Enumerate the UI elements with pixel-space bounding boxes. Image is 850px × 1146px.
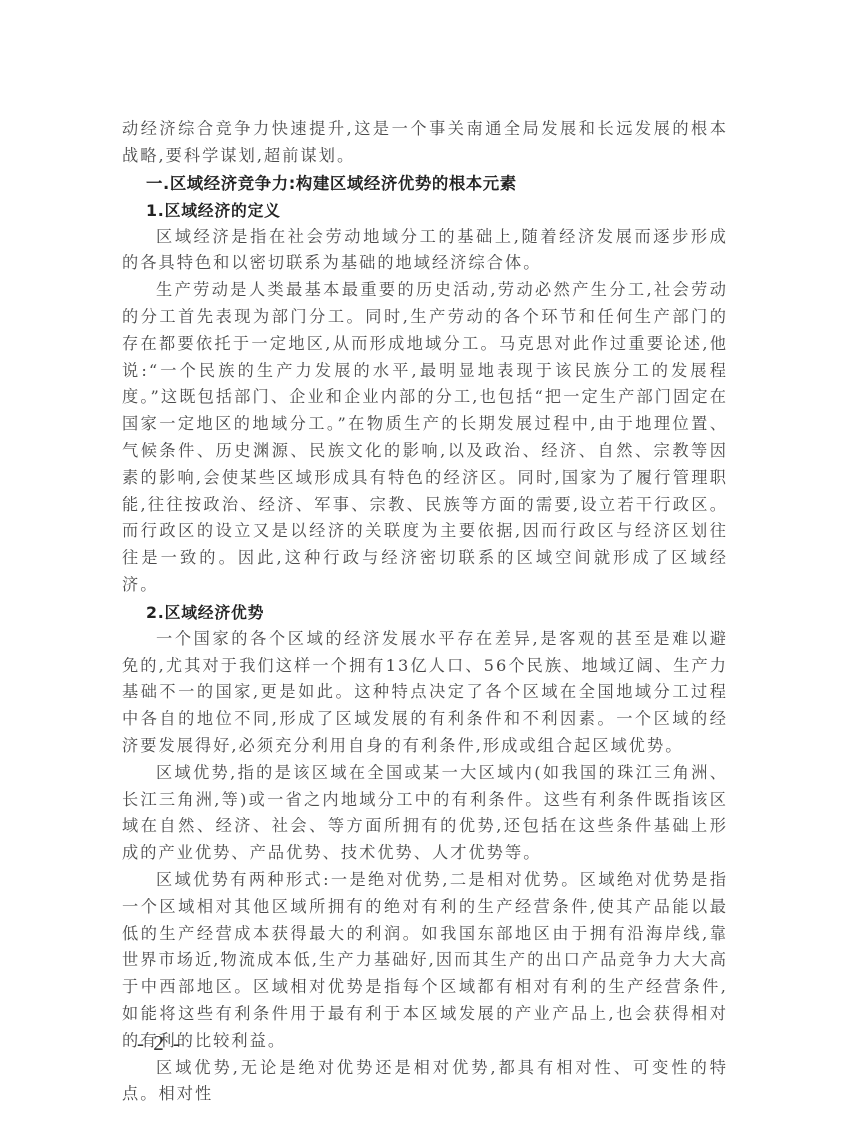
section-heading: 一.区域经济竞争力:构建区域经济优势的根本元素 (122, 170, 728, 197)
paragraph: 区域优势有两种形式:一是绝对优势,二是相对优势。区域绝对优势是指一个区域相对其他… (122, 867, 728, 1055)
subsection-heading-definition: 1.区域经济的定义 (122, 197, 728, 224)
document-page: 动经济综合竞争力快速提升,这是一个事关南通全局发展和长远发展的根本战略,要科学谋… (0, 0, 850, 1146)
paragraph: 区域优势,指的是该区域在全国或某一大区域内(如我国的珠江三角洲、长江三角洲,等)… (122, 760, 728, 867)
subsection-heading-advantage: 2.区域经济优势 (122, 599, 728, 626)
paragraph: 一个国家的各个区域的经济发展水平存在差异,是客观的甚至是难以避免的,尤其对于我们… (122, 626, 728, 760)
intro-paragraph: 动经济综合竞争力快速提升,这是一个事关南通全局发展和长远发展的根本战略,要科学谋… (122, 116, 728, 170)
paragraph: 区域优势,无论是绝对优势还是相对优势,都具有相对性、可变性的特点。相对性 (122, 1055, 728, 1109)
paragraph: 生产劳动是人类最基本最重要的历史活动,劳动必然产生分工,社会劳动的分工首先表现为… (122, 277, 728, 599)
page-number: - 2 - (137, 1031, 182, 1056)
paragraph: 区域经济是指在社会劳动地域分工的基础上,随着经济发展而逐步形成的各具特色和以密切… (122, 224, 728, 278)
page-body: 动经济综合竞争力快速提升,这是一个事关南通全局发展和长远发展的根本战略,要科学谋… (122, 116, 728, 1108)
